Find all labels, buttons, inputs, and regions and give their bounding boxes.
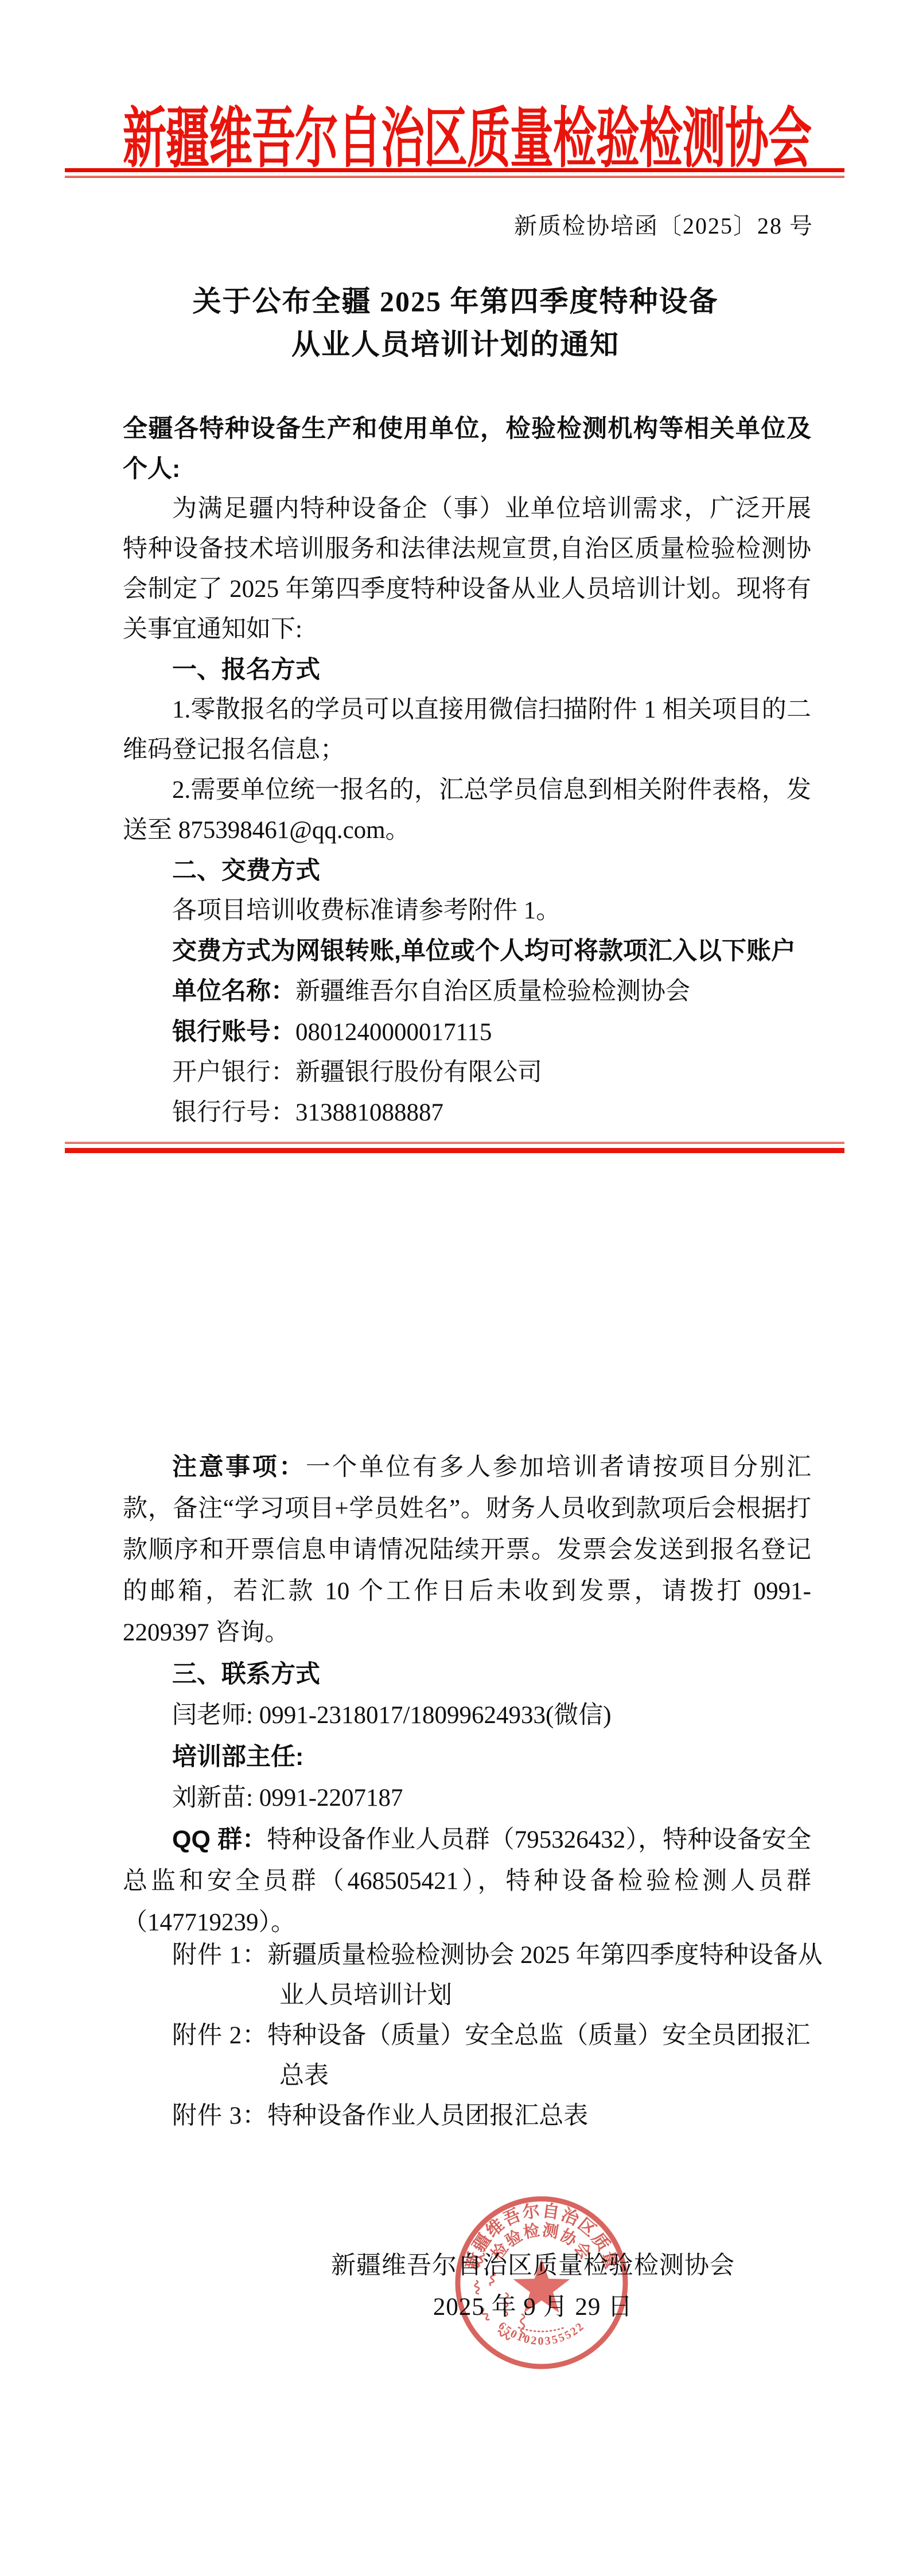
letterhead-org-title: 新疆维吾尔自治区质量检验检测协会 — [11, 86, 911, 180]
separator-rule-thin — [65, 1142, 844, 1144]
attachment-label: 附件 3： — [172, 2102, 267, 2129]
section2-transfer-note: 交费方式为网银转账,单位或个人均可将款项汇入以下账户 — [123, 931, 811, 971]
account-label: 银行账号： — [172, 1018, 295, 1046]
section1-item2: 2.需要单位统一报名的，汇总学员信息到相关附件表格，发送至 875398461@… — [123, 770, 811, 851]
attachment-text: 新疆质量检验检测协会 2025 年第四季度特种设备从业人员培训计划 — [267, 1942, 823, 2009]
attachment-label: 附件 2： — [172, 2022, 267, 2049]
signature-org: 新疆维吾尔自治区质量检验检测协会 — [318, 2245, 748, 2287]
attachment-1: 附件 1：新疆质量检验检测协会 2025 年第四季度特种设备从业人员培训计划 — [123, 1935, 828, 2016]
qq-groups-paragraph: QQ 群：特种设备作业人员群（795326432），特种设备安全总监和安全员群（… — [123, 1819, 811, 1943]
attachments-list: 附件 1：新疆质量检验检测协会 2025 年第四季度特种设备从业人员培训计划 附… — [123, 1935, 828, 2136]
signature-date: 2025 年 9 月 29 日 — [318, 2287, 748, 2328]
notes-label: 注意事项： — [172, 1453, 306, 1481]
notes-text: 一个单位有多人参加培训者请按项目分别汇款，备注“学习项目+学员姓名”。财务人员收… — [123, 1454, 811, 1646]
intro-paragraph: 为满足疆内特种设备企（事）业单位培训需求，广泛开展特种设备技术培训服务和法律法规… — [123, 489, 811, 650]
account-label: 开户银行： — [172, 1059, 295, 1086]
account-value: 0801240000017115 — [295, 1019, 492, 1046]
section2-heading: 二、交费方式 — [123, 851, 811, 891]
account-value: 新疆维吾尔自治区质量检验检测协会 — [295, 978, 690, 1005]
section3-heading: 三、联系方式 — [123, 1654, 811, 1695]
section1-item1: 1.零散报名的学员可以直接用微信扫描附件 1 相关项目的二维码登记报名信息； — [123, 690, 811, 770]
qq-label: QQ 群： — [172, 1826, 267, 1853]
attachment-label: 附件 1： — [172, 1942, 267, 1969]
account-label: 银行行号： — [172, 1099, 295, 1126]
body-section-upper: 全疆各特种设备生产和使用单位，检验检测机构等相关单位及个人: 为满足疆内特种设备… — [123, 409, 811, 1133]
attachment-2: 附件 2：特种设备（质量）安全总监（质量）安全员团报汇总表 — [123, 2016, 828, 2096]
attachment-3: 附件 3：特种设备作业人员团报汇总表 — [123, 2096, 828, 2136]
account-line-bank: 开户银行：新疆银行股份有限公司 — [123, 1053, 811, 1093]
account-line-number: 银行账号：0801240000017115 — [123, 1012, 811, 1053]
account-value: 新疆银行股份有限公司 — [295, 1059, 542, 1086]
training-director-label: 培训部主任: — [123, 1736, 811, 1778]
letterhead-rule-thick — [65, 168, 844, 172]
section2-fee-note: 各项目培训收费标准请参考附件 1。 — [123, 891, 811, 931]
official-document-page: 新疆维吾尔自治区质量检验检测协会 新质检协培函〔2025〕28 号 关于公布全疆… — [0, 0, 911, 2576]
separator-rule-thick — [65, 1148, 844, 1153]
attachment-text: 特种设备作业人员团报汇总表 — [267, 2102, 588, 2129]
signature-block: 新疆维吾尔自治区质量检验检测协会 2025 年 9 月 29 日 — [318, 2245, 748, 2328]
notes-paragraph: 注意事项：一个单位有多人参加培训者请按项目分别汇款，备注“学习项目+学员姓名”。… — [123, 1446, 811, 1654]
doc-title-line1: 关于公布全疆 2025 年第四季度特种设备 — [0, 280, 911, 323]
doc-reference-number: 新质检协培函〔2025〕28 号 — [514, 208, 813, 240]
section1-heading: 一、报名方式 — [123, 650, 811, 690]
account-label: 单位名称： — [172, 977, 295, 1005]
body-section-lower: 注意事项：一个单位有多人参加培训者请按项目分别汇款，备注“学习项目+学员姓名”。… — [123, 1446, 811, 1943]
contact-liu-xinmiao: 刘新苗: 0991-2207187 — [123, 1778, 811, 1819]
account-value: 313881088887 — [295, 1099, 443, 1126]
salutation: 全疆各特种设备生产和使用单位，检验检测机构等相关单位及个人: — [123, 409, 811, 489]
doc-title: 关于公布全疆 2025 年第四季度特种设备 从业人员培训计划的通知 — [0, 280, 911, 366]
account-line-bankcode: 银行行号：313881088887 — [123, 1093, 811, 1133]
letterhead-rule-thin — [65, 176, 844, 178]
contact-teacher-yan: 闫老师: 0991-2318017/18099624933(微信) — [123, 1695, 811, 1736]
attachment-text: 特种设备（质量）安全总监（质量）安全员团报汇总表 — [267, 2022, 810, 2089]
account-line-unit: 单位名称：新疆维吾尔自治区质量检验检测协会 — [123, 971, 811, 1012]
doc-title-line2: 从业人员培训计划的通知 — [0, 323, 911, 366]
